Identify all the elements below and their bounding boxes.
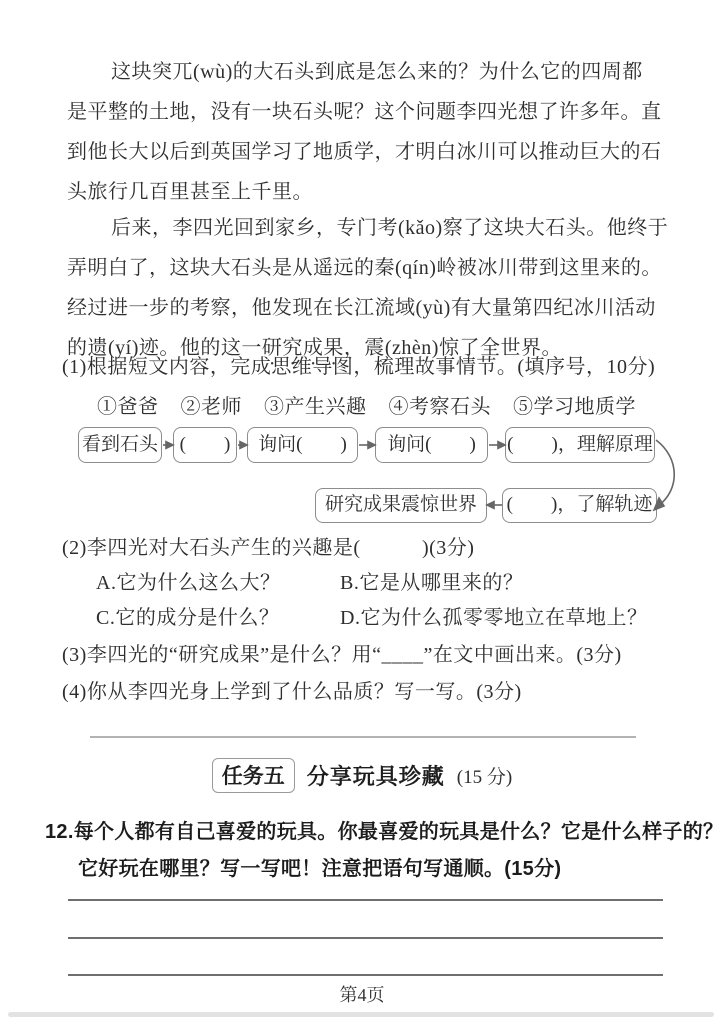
task-5-header: 任务五 分享玩具珍藏 (15 分) (0, 758, 724, 793)
section-divider (90, 736, 636, 738)
paragraph-line: 到他长大以后到英国学习了地质学，才明白冰川可以推动巨大的石 (67, 132, 663, 172)
task-title: 分享玩具珍藏 (307, 760, 445, 791)
document-page: 这块突兀(wù)的大石头到底是怎么来的？为什么它的四周都 是平整的土地，没有一块… (0, 0, 724, 1024)
reading-paragraph-2: 后来，李四光回到家乡，专门考(kǎo)察了这块大石头。他终于 弄明白了，这块大石… (67, 208, 663, 368)
question-2-option-c: C.它的成分是什么？ (96, 604, 279, 632)
question-2-option-a: A.它为什么这么大？ (96, 569, 280, 597)
answer-line (68, 937, 663, 939)
paragraph-line: 经过进一步的考察，他发现在长江流域(yù)有大量第四纪冰川活动 (67, 288, 663, 328)
answer-line (68, 974, 663, 976)
question-2-option-b: B.它是从哪里来的？ (340, 569, 523, 597)
option-item: ④考察石头 (389, 393, 492, 421)
question-4-text: (4)你从李四光身上学到了什么品质？写一写。(3分) (62, 678, 522, 706)
option-item: ①爸爸 (97, 393, 159, 421)
paragraph-line: 这块突兀(wù)的大石头到底是怎么来的？为什么它的四周都 (67, 52, 663, 92)
task-score: (15 分) (457, 762, 512, 789)
paragraph-line: 头旅行几百里甚至上千里。 (67, 172, 663, 212)
flowchart: 看到石头 ( ) 询问( ) 询问( ) ( )，理解原理 研究成果震惊世界 (… (60, 420, 700, 532)
paragraph-line: 弄明白了，这块大石头是从遥远的秦(qín)岭被冰川带到这里来的。 (67, 248, 663, 288)
option-item: ②老师 (181, 393, 243, 421)
option-item: ③产生兴趣 (264, 393, 367, 421)
option-item: ⑤学习地质学 (513, 393, 636, 421)
task-badge: 任务五 (212, 758, 295, 793)
page-number: 第4页 (0, 981, 724, 1007)
question-2-text: (2)李四光对大石头产生的兴趣是( )(3分) (62, 534, 474, 562)
flowchart-arrow-icon (60, 420, 700, 532)
question-2-option-d: D.它为什么孤零零地立在草地上？ (340, 604, 647, 632)
question-12-line-2: 它好玩在哪里？写一写吧！注意把语句写通顺。(15分) (78, 852, 561, 881)
question-1-text: (1)根据短文内容，完成思维导图，梳理故事情节。(填序号，10分) (62, 353, 655, 381)
paragraph-line: 后来，李四光回到家乡，专门考(kǎo)察了这块大石头。他终于 (67, 208, 663, 248)
reading-paragraph-1: 这块突兀(wù)的大石头到底是怎么来的？为什么它的四周都 是平整的土地，没有一块… (67, 52, 663, 212)
question-3-text: (3)李四光的“研究成果”是什么？用“____”在文中画出来。(3分) (62, 641, 622, 669)
scan-edge-shadow (8, 1012, 714, 1017)
question-1-options: ①爸爸 ②老师 ③产生兴趣 ④考察石头 ⑤学习地质学 (97, 393, 636, 421)
question-12-line-1: 12.每个人都有自己喜爱的玩具。你最喜爱的玩具是什么？它是什么样子的？ (45, 815, 723, 844)
answer-line (68, 899, 663, 901)
paragraph-line: 是平整的土地，没有一块石头呢？这个问题李四光想了许多年。直 (67, 92, 663, 132)
